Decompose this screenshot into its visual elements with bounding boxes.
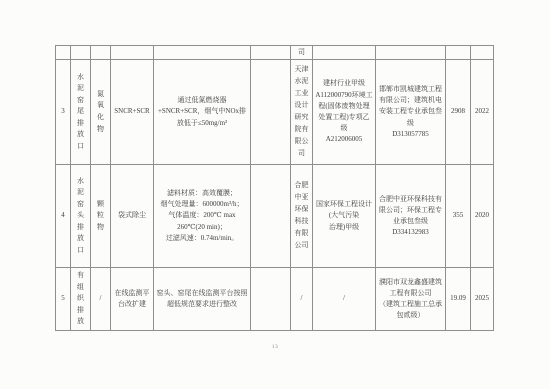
cell-seq: 3	[56, 60, 71, 165]
table-row: 3 水泥窑尾排放口 氮氧化物 SNCR+SCR 通过低氮燃烧器 +SNCR+SC…	[56, 60, 494, 165]
cell-outlet	[71, 46, 91, 60]
cell-year	[471, 46, 494, 60]
pollution-control-table: 司 3 水泥窑尾排放口 氮氧化物 SNCR+SCR 通过低氮燃烧器 +SNCR+…	[55, 45, 494, 331]
cell-qualification: 国家环保工程设计 (大气污染 治理)甲级	[313, 165, 376, 268]
cell-year: 2020	[471, 165, 494, 268]
cell-builder: 合肥中亚环保科技有限公司；环保工程专业承包叁级 D334132983	[376, 165, 446, 268]
table-row-continuation: 司	[56, 46, 494, 60]
cell-pollutant: 颗粒物	[91, 165, 111, 268]
cell-seq	[56, 46, 71, 60]
table-row: 5 有组织排放 / 在线监测平台改扩建 窑头、窑尾在线监测平台按照超低规范要求进…	[56, 268, 494, 331]
design-company-label: 合肥中亚环保科技有限公司	[294, 180, 309, 251]
cell-measure: 在线监测平台改扩建	[111, 268, 154, 331]
cell-design-company: 合肥中亚环保科技有限公司	[291, 165, 313, 268]
cell-description: 滤料材质：高效覆膜； 烟气处理量：600000m³/h； 气体温度：200℃ m…	[154, 165, 251, 268]
cell-measure: 袋式除尘	[111, 165, 154, 268]
cell-measure	[111, 46, 154, 60]
cell-spacer	[251, 60, 291, 165]
cell-outlet: 水泥窑尾排放口	[71, 60, 91, 165]
pollutant-label: 氮氧化物	[97, 89, 105, 135]
cell-spacer	[251, 268, 291, 331]
cell-design-company: 天津水泥工业设计研究院有限公司	[291, 60, 313, 165]
cell-builder: 濮阳市双龙鑫盛建筑工程有限公司 （建筑工程施工总承包贰级）	[376, 268, 446, 331]
cell-outlet: 有组织排放	[71, 268, 91, 331]
cell-qualification	[313, 46, 376, 60]
cell-year: 2025	[471, 268, 494, 331]
cell-pollutant: 氮氧化物	[91, 60, 111, 165]
cell-description: 窑头、窑尾在线监测平台按照超低规范要求进行整改	[154, 268, 251, 331]
cell-outlet: 水泥窑头排放口	[71, 165, 91, 268]
cell-year: 2022	[471, 60, 494, 165]
outlet-label: 有组织排放	[77, 270, 85, 328]
cell-amount: 19.09	[446, 268, 471, 331]
cell-measure: SNCR+SCR	[111, 60, 154, 165]
cell-amount	[446, 46, 471, 60]
table-row: 4 水泥窑头排放口 颗粒物 袋式除尘 滤料材质：高效覆膜； 烟气处理量：6000…	[56, 165, 494, 268]
outlet-label: 水泥窑头排放口	[77, 176, 85, 257]
cell-builder	[376, 46, 446, 60]
page-number: 13	[0, 344, 550, 350]
cell-description: 通过低氮燃烧器 +SNCR+SCR，烟气中NOx排放低于≤50mg/m³	[154, 60, 251, 165]
cell-pollutant: /	[91, 268, 111, 331]
outlet-label: 水泥窑尾排放口	[77, 72, 85, 153]
cell-builder: 邯郸市凯城建筑工程有限公司；建筑机电安装工程专业承包叁级 D313057785	[376, 60, 446, 165]
cell-amount: 2908	[446, 60, 471, 165]
pollutant-label: 颗粒物	[97, 199, 105, 234]
cell-description	[154, 46, 251, 60]
cell-seq: 5	[56, 268, 71, 331]
cell-qualification: /	[313, 268, 376, 331]
cell-design-company: 司	[291, 46, 313, 60]
cell-pollutant	[91, 46, 111, 60]
design-company-label: 天津水泥工业设计研究院有限公司	[294, 64, 309, 159]
cell-spacer	[251, 165, 291, 268]
cell-spacer	[251, 46, 291, 60]
document-page: 司 3 水泥窑尾排放口 氮氧化物 SNCR+SCR 通过低氮燃烧器 +SNCR+…	[0, 0, 550, 389]
cell-amount: 355	[446, 165, 471, 268]
cell-qualification: 建材行业甲级 A112000790环境工程(固体废物处理处置工程)专项乙级 A2…	[313, 60, 376, 165]
cell-design-company: /	[291, 268, 313, 331]
cell-seq: 4	[56, 165, 71, 268]
